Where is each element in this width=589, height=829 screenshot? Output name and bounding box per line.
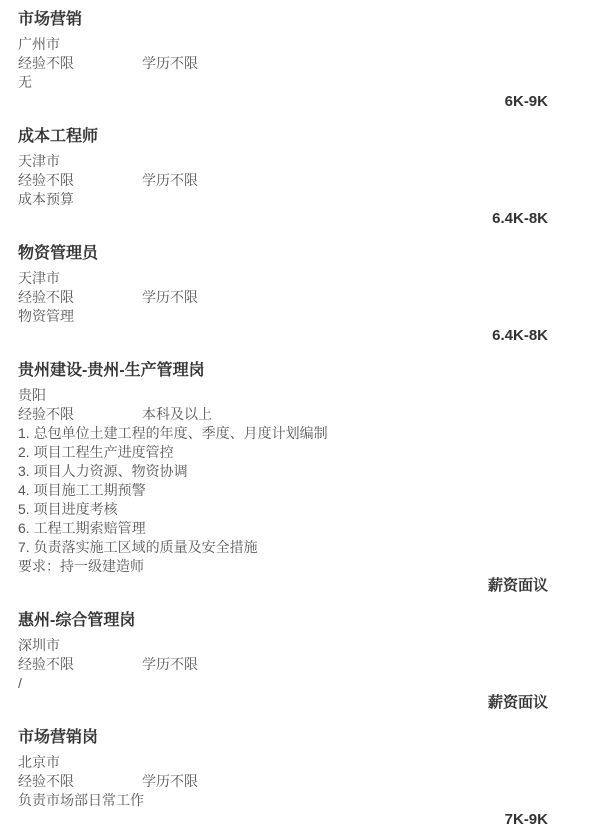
job-description: 无 [18, 73, 548, 92]
job-education: 学历不限 [142, 656, 198, 672]
job-description-line: 2. 项目工程生产进度管控 [18, 443, 548, 462]
job-title: 物资管理员 [18, 244, 548, 264]
page: { "page": { "background_color": "#ffffff… [0, 0, 589, 829]
job-education: 学历不限 [142, 172, 198, 188]
job-description-line: / [18, 674, 548, 693]
job-experience: 经验不限 [18, 655, 142, 674]
job-card[interactable]: 惠州-综合管理岗 深圳市 经验不限学历不限 / 薪资面议 [18, 611, 548, 712]
job-city: 深圳市 [18, 636, 548, 655]
job-card[interactable]: 市场营销岗 北京市 经验不限学历不限 负责市场部日常工作 7K-9K [18, 728, 548, 829]
job-requirements: 经验不限学历不限 [18, 288, 548, 307]
job-education: 学历不限 [142, 773, 198, 789]
job-card[interactable]: 市场营销 广州市 经验不限学历不限 无 6K-9K [18, 10, 548, 111]
job-experience: 经验不限 [18, 405, 142, 424]
job-salary: 薪资面议 [18, 576, 548, 595]
job-salary: 6K-9K [18, 92, 548, 111]
job-card[interactable]: 贵州建设-贵州-生产管理岗 贵阳 经验不限本科及以上 1. 总包单位土建工程的年… [18, 361, 548, 595]
job-title: 贵州建设-贵州-生产管理岗 [18, 361, 548, 381]
job-city: 天津市 [18, 269, 548, 288]
job-requirements: 经验不限本科及以上 [18, 405, 548, 424]
job-city: 天津市 [18, 152, 548, 171]
job-requirements: 经验不限学历不限 [18, 772, 548, 791]
job-salary: 6.4K-8K [18, 209, 548, 228]
job-title: 市场营销岗 [18, 728, 548, 748]
job-description-line: 无 [18, 73, 548, 92]
job-city: 贵阳 [18, 386, 548, 405]
job-description-line: 4. 项目施工工期预警 [18, 481, 548, 500]
job-salary: 6.4K-8K [18, 326, 548, 345]
job-description-line: 1. 总包单位土建工程的年度、季度、月度计划编制 [18, 424, 548, 443]
job-description: 物资管理 [18, 307, 548, 326]
job-requirements: 经验不限学历不限 [18, 171, 548, 190]
job-title: 市场营销 [18, 10, 548, 30]
job-title: 成本工程师 [18, 127, 548, 147]
job-title: 惠州-综合管理岗 [18, 611, 548, 631]
job-description-line: 物资管理 [18, 307, 548, 326]
job-requirements: 经验不限学历不限 [18, 655, 548, 674]
job-education: 学历不限 [142, 55, 198, 71]
job-salary: 薪资面议 [18, 693, 548, 712]
job-description-line: 成本预算 [18, 190, 548, 209]
job-description: 1. 总包单位土建工程的年度、季度、月度计划编制2. 项目工程生产进度管控3. … [18, 424, 548, 576]
job-education: 学历不限 [142, 289, 198, 305]
job-experience: 经验不限 [18, 772, 142, 791]
job-city: 广州市 [18, 35, 548, 54]
job-experience: 经验不限 [18, 54, 142, 73]
job-requirements: 经验不限学历不限 [18, 54, 548, 73]
job-description-line: 3. 项目人力资源、物资协调 [18, 462, 548, 481]
job-description-line: 负责市场部日常工作 [18, 791, 548, 810]
job-list: 市场营销 广州市 经验不限学历不限 无 6K-9K 成本工程师 天津市 经验不限… [18, 10, 548, 829]
job-description: 成本预算 [18, 190, 548, 209]
job-education: 本科及以上 [142, 406, 212, 422]
job-description-line: 5. 项目进度考核 [18, 500, 548, 519]
job-description-line: 7. 负责落实施工区域的质量及安全措施 [18, 538, 548, 557]
job-description: / [18, 674, 548, 693]
job-city: 北京市 [18, 753, 548, 772]
job-description: 负责市场部日常工作 [18, 791, 548, 810]
job-experience: 经验不限 [18, 288, 142, 307]
job-card[interactable]: 成本工程师 天津市 经验不限学历不限 成本预算 6.4K-8K [18, 127, 548, 228]
job-description-line: 6. 工程工期索赔管理 [18, 519, 548, 538]
job-experience: 经验不限 [18, 171, 142, 190]
job-description-line: 要求：持一级建造师 [18, 557, 548, 576]
job-card[interactable]: 物资管理员 天津市 经验不限学历不限 物资管理 6.4K-8K [18, 244, 548, 345]
job-salary: 7K-9K [18, 810, 548, 829]
